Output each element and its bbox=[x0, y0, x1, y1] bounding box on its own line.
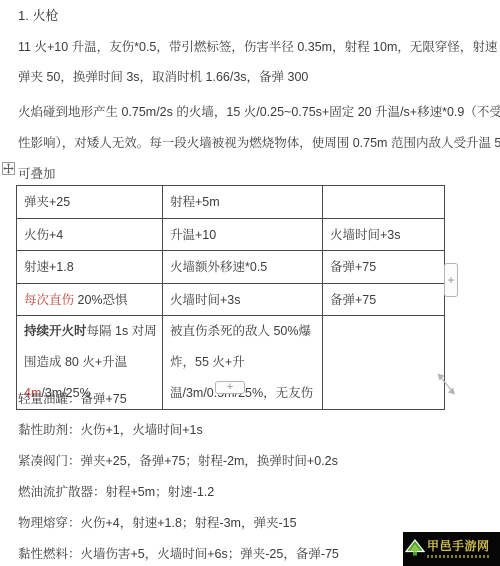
text-line: 性影响），对矮人无效。每一段火墙被视为燃烧物体，使周围 0.75m 范围内敌人受… bbox=[18, 126, 500, 157]
table-cell[interactable]: 射速+1.8 bbox=[17, 251, 163, 284]
table-cell[interactable]: 火墙时间+3s bbox=[323, 219, 445, 251]
table-cell[interactable]: 备弹+75 bbox=[323, 251, 445, 284]
cell-text: 备弹+75 bbox=[330, 293, 376, 307]
text-line: 可叠加 bbox=[18, 157, 500, 188]
cell-text: 火墙时间+3s bbox=[170, 293, 241, 307]
mod-list-item: 黏性助剂：火伤+1，火墙时间+1s bbox=[18, 413, 339, 444]
paragraph-firewall-desc: 火焰碰到地形产生 0.75m/2s 的火墙，15 火/0.25~0.75s+固定… bbox=[18, 95, 500, 188]
table-row: 射速+1.8火墙额外移速*0.5备弹+75 bbox=[17, 251, 445, 284]
cell-text: 备弹+75 bbox=[330, 260, 376, 274]
watermark-site-name: 甲邑手游网 bbox=[427, 540, 490, 553]
upgrade-table-body: 弹夹+25射程+5m火伤+4升温+10火墙时间+3s射速+1.8火墙额外移速*0… bbox=[17, 186, 445, 410]
watermark: 甲邑手游网 bbox=[403, 532, 500, 566]
cell-text: 射速+1.8 bbox=[24, 260, 74, 274]
mod-list-item: 物理熔穿：火伤+4，射速+1.8；射程-3m，弹夹-15 bbox=[18, 506, 339, 537]
paragraph-weapon-stats: 11 火+10 升温，友伤*0.5，带引燃标签，伤害半径 0.35m，射程 10… bbox=[18, 31, 500, 91]
document-page: 1. 火枪 11 火+10 升温，友伤*0.5，带引燃标签，伤害半径 0.35m… bbox=[0, 0, 500, 566]
mod-list-item: 紧凑阀门：弹夹+25，备弹+75；射程-2m，换弹时间+0.2s bbox=[18, 444, 339, 475]
mod-list-item: 黏性燃料：火墙伤害+5，火墙时间+6s；弹夹-25，备弹-75 bbox=[18, 537, 339, 566]
text-line: 11 火+10 升温，友伤*0.5，带引燃标签，伤害半径 0.35m，射程 10… bbox=[18, 31, 500, 61]
upgrade-table: 弹夹+25射程+5m火伤+4升温+10火墙时间+3s射速+1.8火墙额外移速*0… bbox=[16, 185, 445, 410]
table-cell[interactable] bbox=[323, 186, 445, 219]
mod-list-item: 燃油流扩散器：射程+5m；射速-1.2 bbox=[18, 475, 339, 506]
resize-diagonal-icon bbox=[436, 385, 458, 399]
table-cell[interactable]: 火墙额外移速*0.5 bbox=[163, 251, 323, 284]
table-cell[interactable] bbox=[323, 316, 445, 410]
text-line: 弹夹 50，换弹时间 3s，取消时机 1.66/3s，备弹 300 bbox=[18, 61, 500, 91]
table-resize-handle[interactable] bbox=[436, 372, 458, 396]
table-cell[interactable]: 升温+10 bbox=[163, 219, 323, 251]
house-logo-icon bbox=[405, 539, 425, 560]
move-icon bbox=[2, 163, 15, 178]
cell-text: 升温+10 bbox=[170, 228, 216, 242]
table-cell[interactable]: 备弹+75 bbox=[323, 284, 445, 316]
watermark-text-block: 甲邑手游网 bbox=[427, 540, 490, 558]
table-cell[interactable]: 火伤+4 bbox=[17, 219, 163, 251]
table-cell[interactable]: 弹夹+25 bbox=[17, 186, 163, 219]
table-cell[interactable]: 火墙时间+3s bbox=[163, 284, 323, 316]
cell-text: 20%恐惧 bbox=[74, 293, 128, 307]
table-cell[interactable]: 每次直伤 20%恐惧 bbox=[17, 284, 163, 316]
cell-text: 持续开火时 bbox=[24, 324, 87, 338]
table-row: 火伤+4升温+10火墙时间+3s bbox=[17, 219, 445, 251]
cell-text: 射程+5m bbox=[170, 195, 220, 209]
add-column-button[interactable]: + bbox=[444, 263, 458, 297]
mod-list: 轻量油罐：备弹+75黏性助剂：火伤+1，火墙时间+1s紧凑阀门：弹夹+25，备弹… bbox=[18, 382, 339, 566]
table-cell[interactable]: 射程+5m bbox=[163, 186, 323, 219]
page-title: 1. 火枪 bbox=[18, 5, 58, 24]
table-move-handle[interactable] bbox=[2, 162, 15, 175]
text-line: 火焰碰到地形产生 0.75m/2s 的火墙，15 火/0.25~0.75s+固定… bbox=[18, 95, 500, 126]
mod-list-item: 轻量油罐：备弹+75 bbox=[18, 382, 339, 413]
cell-text: 火墙时间+3s bbox=[330, 228, 401, 242]
table-row: 每次直伤 20%恐惧火墙时间+3s备弹+75 bbox=[17, 284, 445, 316]
cell-text: 每次直伤 bbox=[24, 293, 74, 307]
cell-text: 火伤+4 bbox=[24, 228, 63, 242]
watermark-tagline bbox=[427, 555, 489, 558]
cell-text: 火墙额外移速*0.5 bbox=[170, 260, 267, 274]
table-row: 弹夹+25射程+5m bbox=[17, 186, 445, 219]
cell-text: 弹夹+25 bbox=[24, 195, 70, 209]
